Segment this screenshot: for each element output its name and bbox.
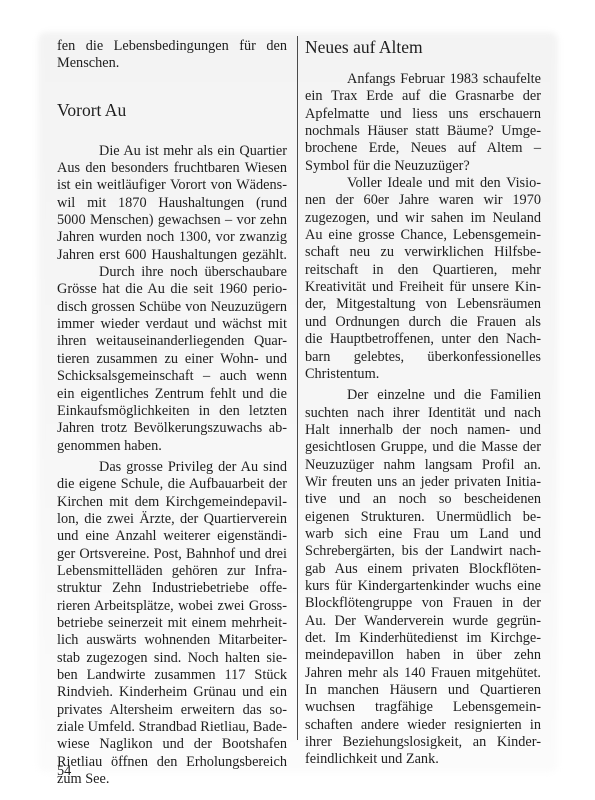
text-line: Christentum. (305, 366, 541, 383)
text-line: Halt innerhalb der noch namen- und (305, 422, 541, 439)
text-line: Symbol für die Neuzuzüger? (305, 158, 541, 175)
text-line: Jahren wurden noch 1300, vor zwanzig (57, 229, 287, 246)
text-line: Blockflötengruppe von Frauen in der (305, 595, 541, 612)
text-line: ben Landwirte zusammen 117 Stück (57, 667, 287, 684)
text-line: immer wieder verdaut und wächst mit (57, 316, 287, 333)
text-line: Rietliau öffnen den Erholungsbereich (57, 754, 287, 771)
section-heading-vorort-au: Vorort Au (57, 99, 287, 121)
text-line: Wir freuten uns an jeder privaten Initia… (305, 474, 541, 491)
text-line: zugezogen, und wir sahen im Neuland (305, 210, 541, 227)
text-line: warb sich eine Frau um Land und (305, 526, 541, 543)
text-line: Au eine grosse Chance, Lebensgemein- (305, 227, 541, 244)
text-line: Au. Der Wanderverein wurde gegrün- (305, 613, 541, 630)
text-line: der, Mitgestaltung von Lebensräumen (305, 296, 541, 313)
text-line: genommen haben. (57, 438, 287, 455)
text-line: 5000 Menschen) gewachsen – vor zehn (57, 212, 287, 229)
text-line: Lebensmittelläden gehören zur Infra- (57, 563, 287, 580)
paragraph: Durch ihre noch überschaubare Grösse hat… (57, 264, 287, 455)
text-line: tive und an noch so bescheidenen (305, 491, 541, 508)
text-line: ihrer Beziehungslosigkeit, an Kinder- (305, 734, 541, 751)
text-line: ger Ortsvereine. Post, Bahnhof und drei (57, 546, 287, 563)
text-line: Aus den besonders fruchtbaren Wiesen (57, 160, 287, 177)
section-heading-neues-auf-altem: Neues auf Altem (305, 36, 541, 58)
text-line: Apfelmatte und liess uns erschauern (305, 106, 541, 123)
paragraph: Die Au ist mehr als ein Quartier Aus den… (57, 143, 287, 264)
text-line: barn gelebtes, überkonfessionelles (305, 349, 541, 366)
text-line: Rindvieh. Kinderheim Grünau und ein (57, 684, 287, 701)
text-line: ein Trax Erde auf die Grasnarbe der (305, 88, 541, 105)
text-line: In manchen Häusern und Quartieren (305, 682, 541, 699)
text-line: rieren Arbeitsplätze, wobei zwei Gross- (57, 598, 287, 615)
text-line: wiese Naglikon und der Bootshafen (57, 736, 287, 753)
text-line: die Hauptbetroffenen, unter den Nach- (305, 331, 541, 348)
paragraph: Voller Ideale und mit den Visio- nen der… (305, 175, 541, 383)
text-line: betriebe seinerzeit mit einem mehrheit- (57, 615, 287, 632)
text-line: Das grosse Privileg der Au sind (57, 459, 287, 476)
text-line: kurs für Kindergartenkinder wuchs eine (305, 578, 541, 595)
text-line: Menschen. (57, 55, 287, 72)
text-line: die eigene Schule, die Aufbauarbeit der (57, 476, 287, 493)
text-line: privates Altersheim erweitern das so- (57, 702, 287, 719)
text-line: gesichtlosen Gruppe, und die Masse der (305, 439, 541, 456)
text-line: Grösse hat die Au die seit 1960 perio- (57, 281, 287, 298)
text-line: lon, die zwei Ärzte, der Quartierverein (57, 511, 287, 528)
text-line: Neuzuzüger nahm langsam Profil an. (305, 457, 541, 474)
paragraph: Anfangs Februar 1983 schaufelte ein Trax… (305, 71, 541, 175)
text-line: ein eigentliches Zentrum fehlt und die (57, 386, 287, 403)
text-line: Schrebergärten, bis der Landwirt nach- (305, 543, 541, 560)
text-line: eigenen Strukturen. Unermüdlich be- (305, 509, 541, 526)
text-line: Jahren erst 600 Haushaltungen gezählt. (57, 247, 287, 264)
text-line: Einkaufsmöglichkeiten in den letzten (57, 403, 287, 420)
paragraph: Der einzelne und die Familien suchten na… (305, 387, 541, 769)
text-line: Jahren trotz Bevölkerungszuwachs ab- (57, 420, 287, 437)
text-line: reitschaft in den Quartieren, mehr (305, 262, 541, 279)
column-divider (297, 36, 298, 740)
text-line: meindepavillon haben in über zehn (305, 647, 541, 664)
text-line: Die Au ist mehr als ein Quartier (57, 143, 287, 160)
text-line: det. Im Kinderhütedienst im Kirchge- (305, 630, 541, 647)
text-line: Kreativität und Freiheit für unsere Kin- (305, 279, 541, 296)
right-column: Neues auf Altem Anfangs Februar 1983 sch… (305, 38, 541, 769)
text-line: Anfangs Februar 1983 schaufelte (305, 71, 541, 88)
text-line: nochmals Häuser statt Bäume? Umge- (305, 123, 541, 140)
text-line: zum See. (57, 771, 287, 788)
text-line: ziale Umfeld. Strandbad Rietliau, Bade- (57, 719, 287, 736)
text-line: Voller Ideale und mit den Visio- (305, 175, 541, 192)
text-line: Jahren mehr als 140 Frauen mitgehütet. (305, 665, 541, 682)
text-line: fen die Lebensbedingungen für den (57, 38, 287, 55)
text-line: wuchsen tragfähige Lebensgemein- (305, 699, 541, 716)
text-line: feindlichkeit und Zank. (305, 751, 541, 768)
text-line: nen der 60er Jahre waren wir 1970 (305, 192, 541, 209)
text-line: schaft neu zu verwirklichen Hilfsbe- (305, 244, 541, 261)
text-line: und eine Anzahl weiterer eigenständi- (57, 528, 287, 545)
text-line: disch grossen Schübe von Neuzuzügern (57, 299, 287, 316)
paragraph: Das grosse Privileg der Au sind die eige… (57, 459, 287, 789)
text-line: Durch ihre noch überschaubare (57, 264, 287, 281)
text-line: wil mit 1870 Haushaltungen (rund (57, 195, 287, 212)
text-line: suchten nach ihrer Identität und nach (305, 405, 541, 422)
text-line: gab Aus einem privaten Blockflöten- (305, 561, 541, 578)
text-line: brochene Erde, Neues auf Altem – (305, 140, 541, 157)
text-line: schaften andere wieder resignierten in (305, 717, 541, 734)
text-line: ihren weitauseinanderliegenden Quar- (57, 333, 287, 350)
text-line: stab zugezogen sind. Noch halten sie- (57, 650, 287, 667)
page-number: 54 (57, 763, 71, 780)
text-line: lich auswärts wohnenden Mitarbeiter- (57, 632, 287, 649)
text-line: struktur Zehn Industriebetriebe offe- (57, 580, 287, 597)
text-line: Schicksalsgemeinschaft – auch wenn (57, 368, 287, 385)
left-column: fen die Lebensbedingungen für den Mensch… (57, 38, 287, 788)
text-line: ist ein weitläufiger Vorort von Wädens- (57, 177, 287, 194)
text-line: Der einzelne und die Familien (305, 387, 541, 404)
text-line: Kirchen mit dem Kirchgemeindepavil- (57, 494, 287, 511)
text-line: tieren zusammen zu einer Wohn- und (57, 351, 287, 368)
text-line: und Ordnungen durch die Frauen als (305, 314, 541, 331)
